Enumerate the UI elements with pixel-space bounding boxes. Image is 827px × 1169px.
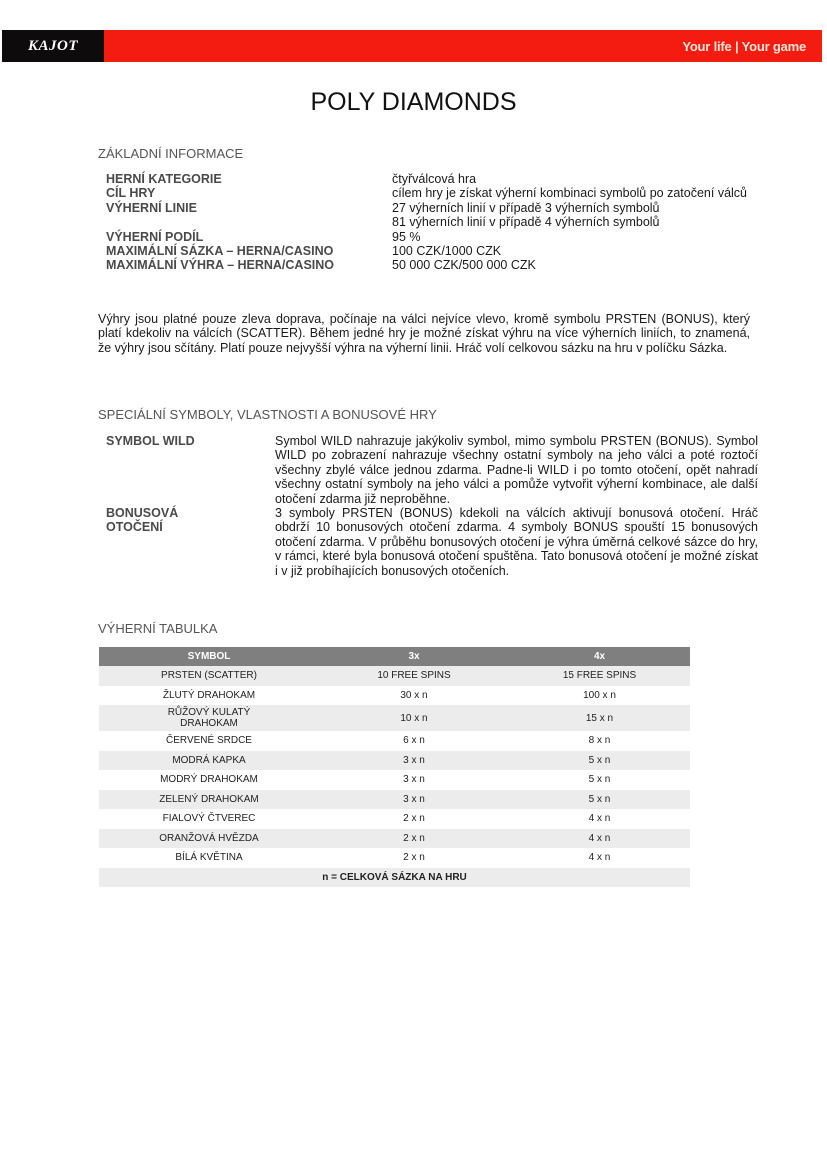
table-row: ŽLUTÝ DRAHOKAM30 x n100 x n <box>99 686 690 706</box>
symbol-cell: PRSTEN (SCATTER) <box>99 666 319 686</box>
info-row-max-bet: MAXIMÁLNÍ SÁZKA – HERNA/CASINO 100 CZK/1… <box>106 244 766 258</box>
payout-3x-cell: 10 x n <box>319 705 509 731</box>
section-heading-special: SPECIÁLNÍ SYMBOLY, VLASTNOSTI A BONUSOVÉ… <box>98 407 437 422</box>
payout-3x-cell: 30 x n <box>319 686 509 706</box>
payout-4x-cell: 15 FREE SPINS <box>509 666 690 686</box>
table-row: FIALOVÝ ČTVEREC2 x n4 x n <box>99 809 690 829</box>
table-row: ZELENÝ DRAHOKAM3 x n5 x n <box>99 790 690 810</box>
table-row: MODRÁ KAPKA3 x n5 x n <box>99 751 690 771</box>
info-row-goal: CÍL HRY cílem hry je získat výherní komb… <box>106 186 766 200</box>
symbol-cell: ČERVENÉ SRDCE <box>99 731 319 751</box>
paytable-footnote: n = CELKOVÁ SÁZKA NA HRU <box>99 868 690 888</box>
info-label: VÝHERNÍ PODÍL <box>106 230 392 244</box>
table-row: ORANŽOVÁ HVĚZDA2 x n4 x n <box>99 829 690 849</box>
column-header-symbol: SYMBOL <box>99 647 319 666</box>
payout-4x-cell: 5 x n <box>509 790 690 810</box>
symbol-cell: BÍLÁ KVĚTINA <box>99 848 319 868</box>
column-header-4x: 4x <box>509 647 690 666</box>
table-row: ČERVENÉ SRDCE6 x n8 x n <box>99 731 690 751</box>
payout-4x-cell: 100 x n <box>509 686 690 706</box>
info-label: HERNÍ KATEGORIE <box>106 172 392 186</box>
info-label: CÍL HRY <box>106 186 392 200</box>
paytable-header-row: SYMBOL 3x 4x <box>99 647 690 666</box>
info-value: čtyřválcová hra <box>392 172 766 186</box>
payout-4x-cell: 4 x n <box>509 829 690 849</box>
payout-4x-cell: 4 x n <box>509 809 690 829</box>
payout-3x-cell: 3 x n <box>319 790 509 810</box>
payout-3x-cell: 6 x n <box>319 731 509 751</box>
payout-3x-cell: 3 x n <box>319 751 509 771</box>
paytable-footer-row: n = CELKOVÁ SÁZKA NA HRU <box>99 868 690 888</box>
payout-4x-cell: 15 x n <box>509 705 690 731</box>
info-value: 100 CZK/1000 CZK <box>392 244 766 258</box>
payout-3x-cell: 2 x n <box>319 829 509 849</box>
symbol-cell: FIALOVÝ ČTVEREC <box>99 809 319 829</box>
special-row-wild: SYMBOL WILD Symbol WILD nahrazuje jakýko… <box>106 434 758 506</box>
info-row-category: HERNÍ KATEGORIE čtyřválcová hra <box>106 172 766 186</box>
special-text: Symbol WILD nahrazuje jakýkoliv symbol, … <box>275 434 758 506</box>
table-row: PRSTEN (SCATTER)10 FREE SPINS15 FREE SPI… <box>99 666 690 686</box>
info-label: VÝHERNÍ LINIE <box>106 201 392 230</box>
info-label: MAXIMÁLNÍ SÁZKA – HERNA/CASINO <box>106 244 392 258</box>
payout-4x-cell: 5 x n <box>509 770 690 790</box>
special-label: BONUSOVÁ OTOČENÍ <box>106 506 226 578</box>
payout-4x-cell: 4 x n <box>509 848 690 868</box>
symbol-cell: ZELENÝ DRAHOKAM <box>99 790 319 810</box>
payout-3x-cell: 2 x n <box>319 809 509 829</box>
special-text: 3 symboly PRSTEN (BONUS) kdekoli na válc… <box>275 506 758 578</box>
special-row-bonus: BONUSOVÁ OTOČENÍ 3 symboly PRSTEN (BONUS… <box>106 506 758 578</box>
payout-3x-cell: 10 FREE SPINS <box>319 666 509 686</box>
info-value-line: 27 výherních linií v případě 3 výherních… <box>392 201 766 215</box>
symbol-cell: ORANŽOVÁ HVĚZDA <box>99 829 319 849</box>
info-value-line: 81 výherních linií v případě 4 výherních… <box>392 215 766 229</box>
table-row: BÍLÁ KVĚTINA2 x n4 x n <box>99 848 690 868</box>
rules-paragraph: Výhry jsou platné pouze zleva doprava, p… <box>98 312 750 355</box>
info-label: MAXIMÁLNÍ VÝHRA – HERNA/CASINO <box>106 258 392 272</box>
symbol-cell: ŽLUTÝ DRAHOKAM <box>99 686 319 706</box>
payout-3x-cell: 3 x n <box>319 770 509 790</box>
symbol-cell: RŮŽOVÝ KULATÝ DRAHOKAM <box>99 705 319 731</box>
table-row: MODRÝ DRAHOKAM3 x n5 x n <box>99 770 690 790</box>
info-value: 27 výherních linií v případě 3 výherních… <box>392 201 766 230</box>
page-title: POLY DIAMONDS <box>0 88 827 117</box>
brand-header-bar: KAJOT Your life | Your game <box>2 30 822 62</box>
info-row-max-win: MAXIMÁLNÍ VÝHRA – HERNA/CASINO 50 000 CZ… <box>106 258 766 272</box>
slogan-bar: Your life | Your game <box>104 30 822 62</box>
basic-info-grid: HERNÍ KATEGORIE čtyřválcová hra CÍL HRY … <box>106 172 766 273</box>
payout-4x-cell: 5 x n <box>509 751 690 771</box>
info-row-rtp: VÝHERNÍ PODÍL 95 % <box>106 230 766 244</box>
paytable: SYMBOL 3x 4x PRSTEN (SCATTER)10 FREE SPI… <box>99 647 690 887</box>
payout-4x-cell: 8 x n <box>509 731 690 751</box>
symbol-cell: MODRÝ DRAHOKAM <box>99 770 319 790</box>
table-row: RŮŽOVÝ KULATÝ DRAHOKAM10 x n15 x n <box>99 705 690 731</box>
info-value: 50 000 CZK/500 000 CZK <box>392 258 766 272</box>
kajot-logo: KAJOT <box>28 38 78 55</box>
info-value: 95 % <box>392 230 766 244</box>
symbol-cell: MODRÁ KAPKA <box>99 751 319 771</box>
info-row-paylines: VÝHERNÍ LINIE 27 výherních linií v přípa… <box>106 201 766 230</box>
special-label: SYMBOL WILD <box>106 434 275 506</box>
slogan-text: Your life | Your game <box>682 39 806 54</box>
payout-3x-cell: 2 x n <box>319 848 509 868</box>
section-heading-basic-info: ZÁKLADNÍ INFORMACE <box>98 146 243 161</box>
column-header-3x: 3x <box>319 647 509 666</box>
info-value: cílem hry je získat výherní kombinaci sy… <box>392 186 766 200</box>
special-features: SYMBOL WILD Symbol WILD nahrazuje jakýko… <box>106 434 758 578</box>
section-heading-paytable: VÝHERNÍ TABULKA <box>98 621 217 636</box>
logo-block: KAJOT <box>2 30 104 62</box>
